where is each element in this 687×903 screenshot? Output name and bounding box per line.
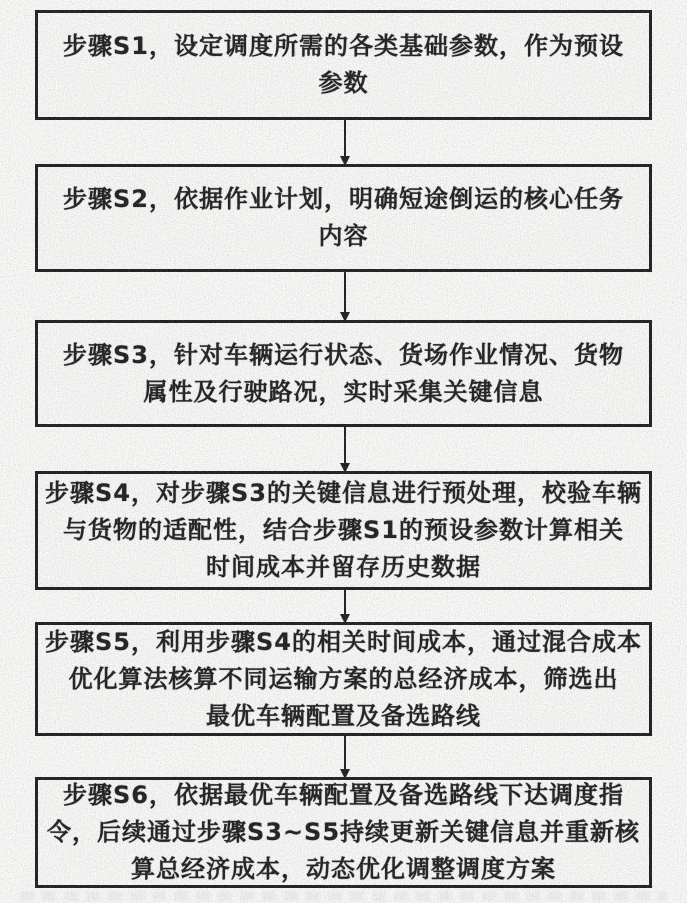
step-text-line: 步骤S5，利用步骤S4的相关时间成本，通过混合成本	[45, 624, 642, 661]
step-text-line: 属性及行驶路况，实时采集关键信息	[144, 374, 544, 411]
step-text-line: 步骤S1，设定调度所需的各类基础参数，作为预设	[63, 28, 624, 65]
flow-step-s5: 步骤S5，利用步骤S4的相关时间成本，通过混合成本 优化算法核算不同运输方案的总…	[35, 622, 652, 736]
flow-step-s1: 步骤S1，设定调度所需的各类基础参数，作为预设 参数	[35, 10, 652, 120]
scan-bleed-artifact	[20, 891, 667, 901]
step-text-line: 与货物的适配性，结合步骤S1的预设参数计算相关	[63, 512, 624, 549]
flow-step-s2: 步骤S2，依据作业计划，明确短途倒运的核心任务 内容	[35, 164, 652, 272]
step-text-line: 步骤S2，依据作业计划，明确短途倒运的核心任务	[63, 181, 624, 218]
step-text-line: 算总经济成本，动态优化调整调度方案	[131, 851, 556, 888]
flow-arrow-s3-s4	[344, 427, 346, 471]
flow-arrow-s2-s3	[344, 272, 346, 320]
flow-arrow-s4-s5	[344, 590, 346, 622]
flow-step-s3: 步骤S3，针对车辆运行状态、货场作业情况、货物 属性及行驶路况，实时采集关键信息	[35, 320, 652, 427]
flowchart-page: 步骤S1，设定调度所需的各类基础参数，作为预设 参数 步骤S2，依据作业计划，明…	[0, 0, 687, 903]
flow-arrow-s5-s6	[344, 736, 346, 777]
flow-step-s6: 步骤S6，依据最优车辆配置及备选路线下达调度指 令，后续通过步骤S3~S5持续更…	[35, 777, 652, 888]
step-text-line: 步骤S6，依据最优车辆配置及备选路线下达调度指	[63, 777, 624, 814]
step-text-line: 时间成本并留存历史数据	[206, 549, 481, 586]
step-text-line: 优化算法核算不同运输方案的总经济成本，筛选出	[69, 661, 619, 698]
step-text-line: 内容	[319, 218, 369, 255]
flow-arrow-s1-s2	[344, 120, 346, 164]
step-text-line: 令，后续通过步骤S3~S5持续更新关键信息并重新核	[47, 814, 640, 851]
step-text-line: 步骤S3，针对车辆运行状态、货场作业情况、货物	[63, 337, 624, 374]
step-text-line: 步骤S4，对步骤S3的关键信息进行预处理，校验车辆	[45, 475, 642, 512]
step-text-line: 最优车辆配置及备选路线	[206, 698, 481, 735]
step-text-line: 参数	[319, 65, 369, 102]
flow-step-s4: 步骤S4，对步骤S3的关键信息进行预处理，校验车辆 与货物的适配性，结合步骤S1…	[35, 471, 652, 590]
